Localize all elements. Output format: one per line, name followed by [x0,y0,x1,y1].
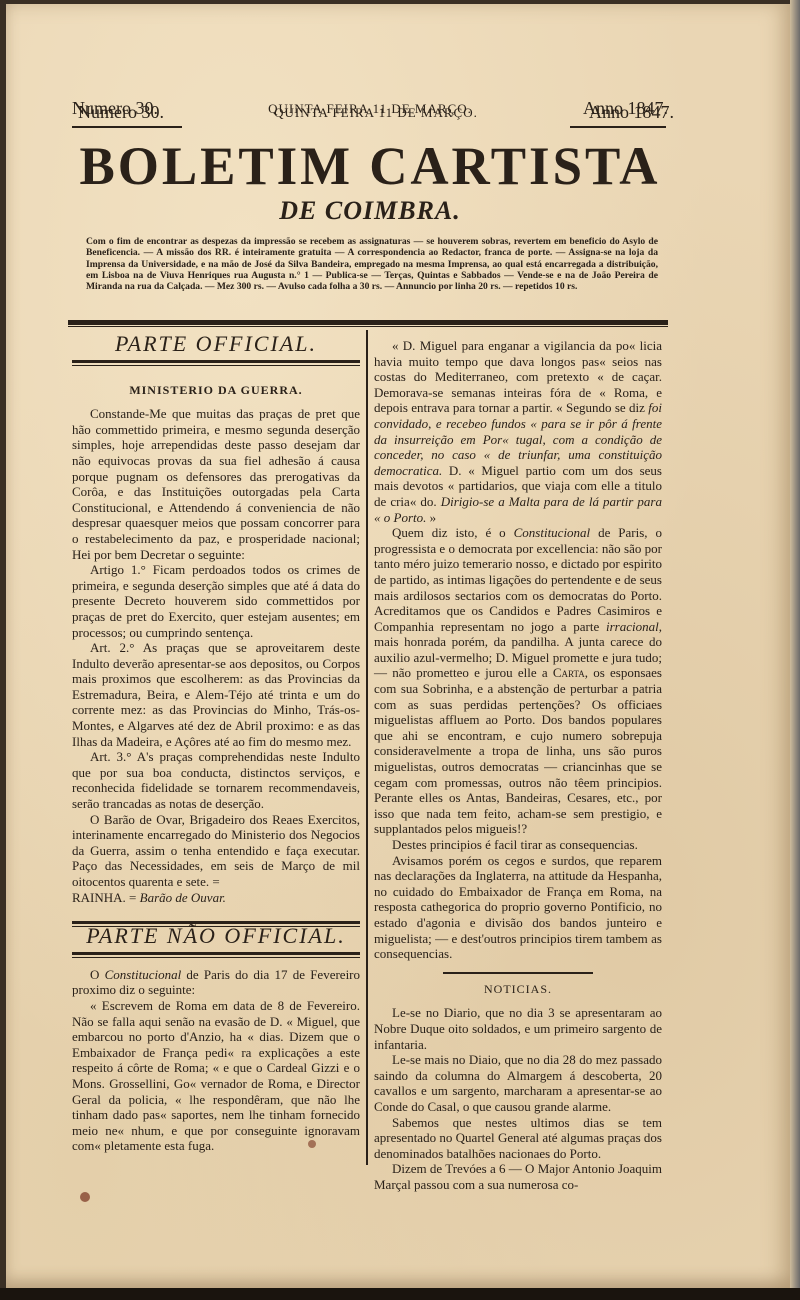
quote-text: » [426,510,436,525]
section-heading-non-official: PARTE NÃO OFFICIAL. [72,924,360,950]
header-divider [68,320,668,325]
section-heading-official: PARTE OFFICIAL. [72,332,360,358]
page-edge [0,1288,800,1300]
section-rule [72,360,360,363]
masthead-rule-left [72,126,182,128]
subscription-notice: Com o fim de encontrar as despezas da im… [86,236,658,292]
newspaper-subtitle: DE COIMBRA. [70,196,670,226]
paper-stain [80,1192,90,1202]
quoted-report-continued: « D. Miguel para enganar a vigilancia da… [374,338,662,525]
quote-text: , [428,416,436,431]
decree-signature: RAINHA. = Barão de Ouvar. [72,890,360,906]
paper-stain [308,1140,316,1148]
decree-article-3: Art. 3.° A's praças comprehendidas neste… [72,749,360,811]
decree-paragraph: Constande-Me que muitas das praças de pr… [72,406,360,562]
newspaper-title: BOLETIM CARTISTA [76,138,664,194]
intro-text: O [90,967,105,982]
commentary-italic: irracional [606,619,659,634]
subscription-notice-text: Com o fim de encontrar as despezas da im… [86,236,658,292]
commentary-text: Quem diz isto, é o [392,525,514,540]
news-heading: NOTICIAS. [374,982,662,998]
decree-closing: O Barão de Ovar, Brigadeiro dos Reaes Ex… [72,812,360,890]
commentary-paragraph: Quem diz isto, é o Constitucional de Par… [374,525,662,837]
decree-article-1: Artigo 1.° Ficam perdoados todos os crim… [72,562,360,640]
non-official-intro: O Constitucional de Paris do dia 17 de F… [72,967,360,998]
intro-newspaper-name: Constitucional [105,967,182,982]
issue-date: QUINTA FEIRA 11 DE MARÇO. [72,101,668,117]
signature-queen: RAINHA. = [72,890,140,905]
commentary-text: de Paris, o progressista e o democrata p… [374,525,662,634]
commentary-paragraph: Avisamos porém os cegos e surdos, que re… [374,853,662,962]
issue-year: Anno 1847. [583,98,668,119]
news-item: Le-se mais no Diaio, que no dia 28 do me… [374,1052,662,1114]
right-column: « D. Miguel para enganar a vigilancia da… [374,338,662,1192]
section-rule [72,952,360,955]
decree-article-2: Art. 2.° As praças que se aproveitarem d… [72,640,360,749]
commentary-text: , os esponsaes com sua Sobrinha, e a abs… [374,665,662,836]
commentary-italic: Constitucional [514,525,591,540]
news-item: Dizem de Trevóes a 6 — O Major Antonio J… [374,1161,662,1192]
section-rule [72,921,360,924]
commentary-smallcaps: Carta [553,665,585,680]
quote-text: « D. Miguel para enganar a vigilancia da… [374,338,662,415]
news-item: Le-se no Diario, que no dia 3 se apresen… [374,1005,662,1052]
ornamental-rule [443,972,593,974]
signature-minister: Barão de Ouvar. [140,890,226,905]
commentary-paragraph: Destes principios é facil tirar as conse… [374,837,662,853]
quoted-report: « Escrevem de Roma em data de 8 de Fever… [72,998,360,1154]
masthead-info-row: Numero 30. QUINTA FEIRA 11 DE MARÇO. Ann… [72,98,668,122]
masthead-rule-right [570,126,666,128]
news-item: Sabemos que nestes ultimos dias se tem a… [374,1115,662,1162]
left-column: PARTE OFFICIAL. MINISTERIO DA GUERRA. Co… [72,332,360,1154]
ministry-heading: MINISTERIO DA GUERRA. [72,383,360,399]
page-edge [790,0,800,1300]
column-divider [366,330,368,1165]
